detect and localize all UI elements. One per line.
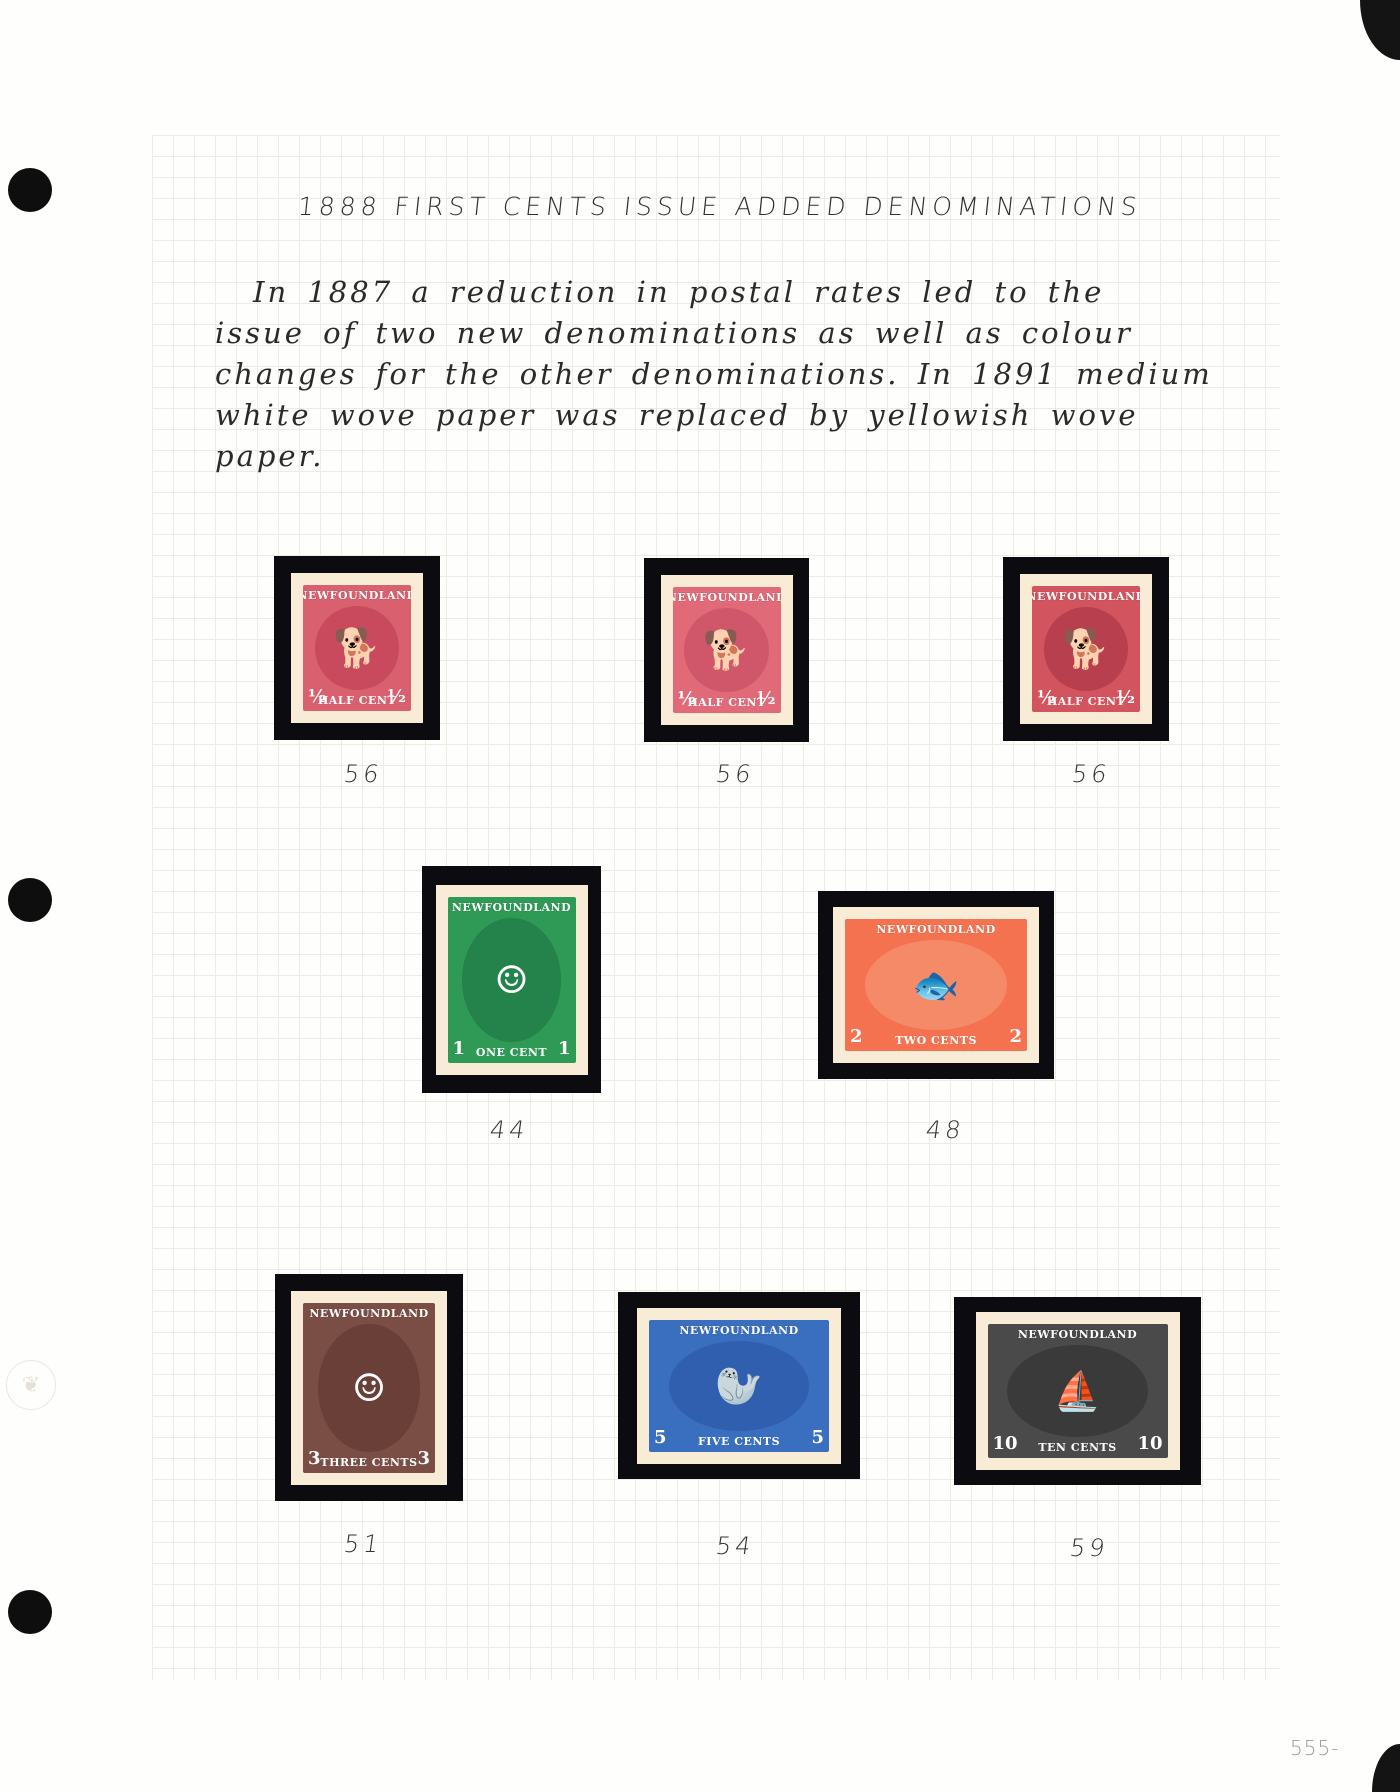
stamp: NEWFOUNDLAND🐕HALF CENT½½ (661, 575, 793, 725)
catalogue-number-label: 51 (342, 1530, 384, 1558)
stamp: NEWFOUNDLAND⛵TEN CENTS1010 (976, 1312, 1180, 1470)
description-paragraph: In 1887 a reduction in postal rates led … (215, 272, 1255, 477)
stamp-denomination-text: TWO CENTS (895, 1034, 977, 1047)
punch-hole-middle (8, 878, 52, 922)
stamp-value-mark: 3 (417, 1448, 430, 1469)
stamp-country-text: NEWFOUNDLAND (1018, 1328, 1137, 1341)
portrait-icon: ☺ (318, 1324, 421, 1452)
stamp-country-text: NEWFOUNDLAND (673, 591, 781, 604)
stamp-value-mark: 1 (453, 1038, 466, 1059)
stamp-mount: NEWFOUNDLAND⛵TEN CENTS1010 (954, 1297, 1201, 1485)
paragraph-line: issue of two new denominations as well a… (215, 313, 1255, 354)
stamp-country-text: NEWFOUNDLAND (1032, 590, 1140, 603)
stamp-value-mark: 5 (654, 1427, 667, 1448)
stamp-design: NEWFOUNDLAND🐕HALF CENT½½ (1032, 586, 1140, 712)
stamp-value-mark: 10 (1137, 1433, 1162, 1454)
stamp-value-mark: ½ (678, 688, 697, 709)
stamp-value-mark: ½ (308, 686, 327, 707)
stamp-value-mark: 2 (1009, 1026, 1022, 1047)
stamp-mount: NEWFOUNDLAND🐕HALF CENT½½ (274, 556, 440, 740)
stamp-country-text: NEWFOUNDLAND (679, 1324, 798, 1337)
catalogue-number-label: 56 (342, 760, 384, 788)
stamp-value-mark: ½ (387, 686, 406, 707)
stamp-denomination-text: HALF CENT (1047, 695, 1125, 708)
stamp-design: NEWFOUNDLAND⛵TEN CENTS1010 (988, 1324, 1168, 1458)
fish-icon: 🐟 (865, 940, 1007, 1030)
catalogue-number-label: 44 (488, 1116, 530, 1144)
portrait-icon: ☺ (462, 918, 562, 1042)
page-corner-cutout-bottom (1372, 1744, 1400, 1792)
paragraph-line: paper. (215, 436, 1255, 477)
stamp-mount: NEWFOUNDLAND🐕HALF CENT½½ (644, 558, 809, 742)
paragraph-line: In 1887 a reduction in postal rates led … (215, 272, 1255, 313)
page-corner-cutout-top (1360, 0, 1400, 60)
pencil-price-note: 555- (1290, 1736, 1339, 1760)
paragraph-line: white wove paper was replaced by yellowi… (215, 395, 1255, 436)
catalogue-number-label: 56 (1070, 760, 1112, 788)
stamp-design: NEWFOUNDLAND🐟TWO CENTS22 (845, 919, 1027, 1051)
stamp-denomination-text: ONE CENT (476, 1046, 547, 1059)
catalogue-number-label: 54 (714, 1532, 756, 1560)
stamp-denomination-text: HALF CENT (687, 696, 765, 709)
dog-icon: 🐕 (684, 608, 768, 692)
stamp-denomination-text: THREE CENTS (320, 1456, 417, 1469)
catalogue-number-label: 56 (714, 760, 756, 788)
stamp-design: NEWFOUNDLAND☺THREE CENTS33 (303, 1303, 435, 1473)
stamp-value-mark: 2 (850, 1026, 863, 1047)
stamp-design: NEWFOUNDLAND🐕HALF CENT½½ (673, 587, 781, 713)
stamp: NEWFOUNDLAND☺THREE CENTS33 (291, 1291, 447, 1485)
stamp-value-mark: 5 (811, 1427, 824, 1448)
stamp-denomination-text: FIVE CENTS (698, 1435, 780, 1448)
stamp-value-mark: 3 (308, 1448, 321, 1469)
stamp-country-text: NEWFOUNDLAND (309, 1307, 428, 1320)
punch-hole-top (8, 168, 52, 212)
stamp-denomination-text: HALF CENT (318, 694, 396, 707)
stamp-value-mark: ½ (1116, 687, 1135, 708)
stamp-mount: NEWFOUNDLAND🦭FIVE CENTS55 (618, 1292, 860, 1479)
stamp-country-text: NEWFOUNDLAND (876, 923, 995, 936)
stamp-mount: NEWFOUNDLAND🐟TWO CENTS22 (818, 891, 1054, 1079)
dog-icon: 🐕 (315, 606, 399, 690)
paragraph-line: changes for the other denominations. In … (215, 354, 1255, 395)
page-title: 1888 FIRST CENTS ISSUE ADDED DENOMINATIO… (296, 192, 1143, 221)
stamp-mount: NEWFOUNDLAND☺ONE CENT11 (422, 866, 601, 1093)
stamp-value-mark: 1 (558, 1038, 571, 1059)
stamp-mount: NEWFOUNDLAND☺THREE CENTS33 (275, 1274, 463, 1501)
dog-icon: 🐕 (1044, 607, 1128, 691)
maple-leaf-logo-icon: ❦ (6, 1360, 56, 1410)
ship-icon: ⛵ (1007, 1345, 1147, 1437)
stamp: NEWFOUNDLAND🦭FIVE CENTS55 (637, 1308, 841, 1464)
stamp: NEWFOUNDLAND🐟TWO CENTS22 (833, 907, 1039, 1063)
stamp-design: NEWFOUNDLAND🦭FIVE CENTS55 (649, 1320, 829, 1452)
stamp: NEWFOUNDLAND🐕HALF CENT½½ (1020, 574, 1152, 724)
stamp-mount: NEWFOUNDLAND🐕HALF CENT½½ (1003, 557, 1169, 741)
stamp-design: NEWFOUNDLAND🐕HALF CENT½½ (303, 585, 411, 711)
stamp-design: NEWFOUNDLAND☺ONE CENT11 (448, 897, 576, 1063)
stamp-denomination-text: TEN CENTS (1038, 1441, 1116, 1454)
stamp-country-text: NEWFOUNDLAND (452, 901, 571, 914)
stamp: NEWFOUNDLAND🐕HALF CENT½½ (291, 573, 423, 723)
stamp: NEWFOUNDLAND☺ONE CENT11 (436, 885, 588, 1075)
catalogue-number-label: 48 (924, 1116, 966, 1144)
stamp-value-mark: ½ (1037, 687, 1056, 708)
stamp-value-mark: 10 (993, 1433, 1018, 1454)
stamp-country-text: NEWFOUNDLAND (303, 589, 411, 602)
stamp-value-mark: ½ (757, 688, 776, 709)
punch-hole-bottom (8, 1590, 52, 1634)
catalogue-number-label: 59 (1068, 1534, 1110, 1562)
seal-icon: 🦭 (669, 1341, 809, 1431)
